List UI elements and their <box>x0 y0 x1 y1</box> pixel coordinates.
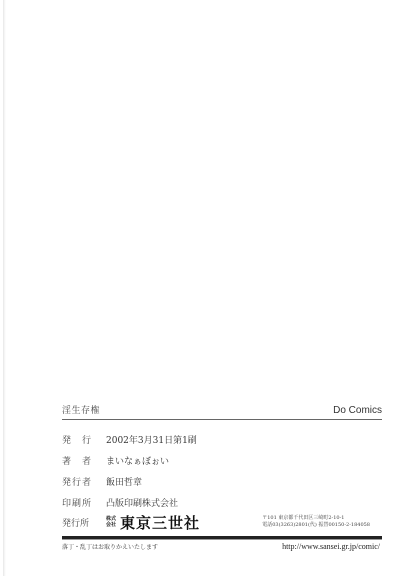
row-value: 凸版印刷株式会社 <box>106 496 178 509</box>
publisher-name: 東京三世社 <box>120 512 200 533</box>
row-value: まいなぁぼぉい <box>106 454 169 467</box>
corp-type-mark: 株式 会社 <box>106 516 116 528</box>
row-label: 発行者 <box>62 475 106 488</box>
publisher-url: http://www.sansei.gr.jp/comic/ <box>282 542 380 551</box>
colophon: 淫生存権 Do Comics 発 行 2002年3月31日第1刷 著 者 まいな… <box>62 402 382 554</box>
footer-row: 落丁・乱丁はお取りかえいたします http://www.sansei.gr.jp… <box>62 540 382 554</box>
row-publisher: 発行所 株式 会社 東京三世社 〒101 東京都千代田区三崎町2-10-1 電話… <box>62 511 382 533</box>
row-publication-date: 発 行 2002年3月31日第1刷 <box>62 429 382 450</box>
row-printer: 印刷所 凸版印刷株式会社 <box>62 492 382 513</box>
book-title: 淫生存権 <box>62 403 100 416</box>
replacement-notice: 落丁・乱丁はお取りかえいたします <box>62 542 158 551</box>
phone-line: 電話03(3263)2801(代) 振替00150-2-184058 <box>262 522 370 529</box>
address-line: 〒101 東京都千代田区三崎町2-10-1 <box>262 515 370 522</box>
row-label: 著 者 <box>62 454 106 467</box>
row-value: 2002年3月31日第1刷 <box>106 433 197 446</box>
row-value: 飯田哲章 <box>106 475 142 488</box>
imprint-label: Do Comics <box>333 405 382 416</box>
page-edge-shadow <box>3 0 6 576</box>
row-label: 発 行 <box>62 433 106 446</box>
publisher-address: 〒101 東京都千代田区三崎町2-10-1 電話03(3263)2801(代) … <box>262 515 370 529</box>
row-label: 印刷所 <box>62 496 106 509</box>
title-row: 淫生存権 Do Comics <box>62 402 382 420</box>
colophon-rows: 発 行 2002年3月31日第1刷 著 者 まいなぁぼぉい 発行者 飯田哲章 印… <box>62 429 382 533</box>
row-author: 著 者 まいなぁぼぉい <box>62 450 382 471</box>
row-issuer: 発行者 飯田哲章 <box>62 471 382 492</box>
row-label: 発行所 <box>62 516 106 529</box>
corp-type-line2: 会社 <box>106 522 116 528</box>
